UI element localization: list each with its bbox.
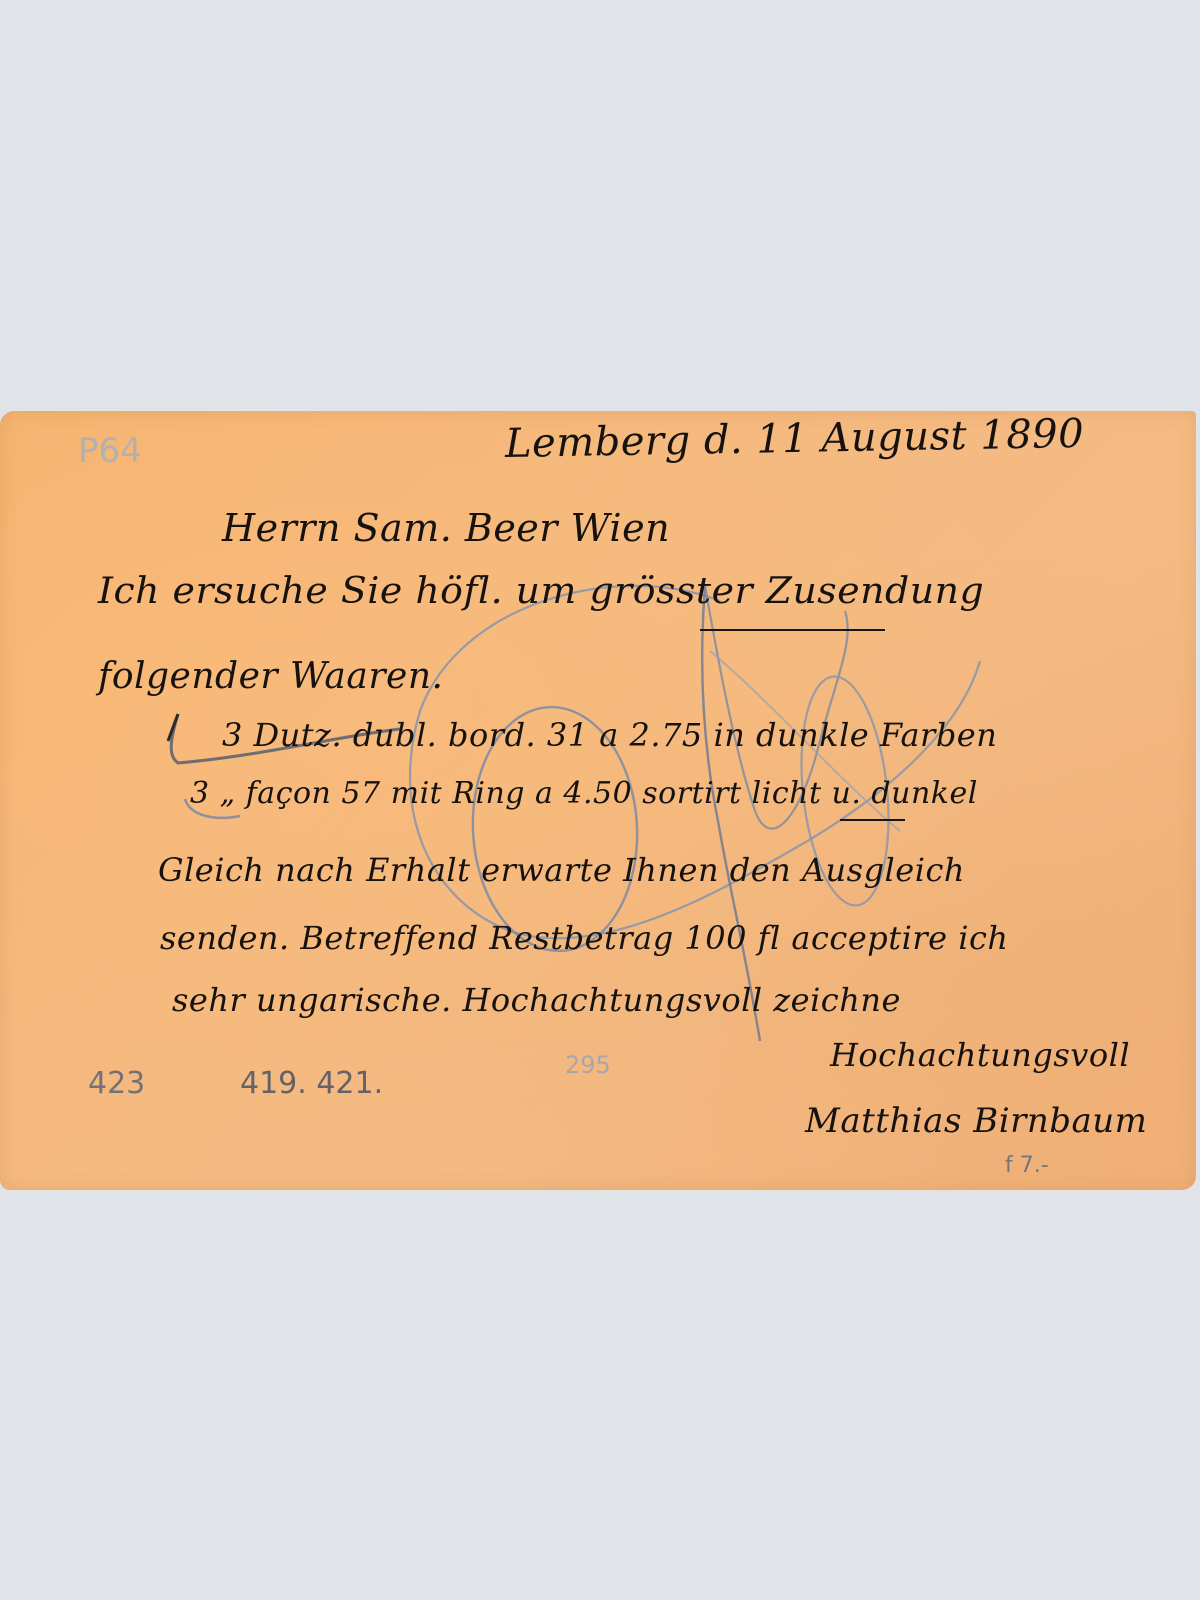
body-line-3: 3 Dutz. dubl. bord. 31 a 2.75 in dunkle …	[222, 716, 997, 754]
body-line-6: senden. Betreffend Restbetrag 100 fl acc…	[160, 919, 1009, 957]
closing-line: Hochachtungsvoll	[830, 1036, 1130, 1074]
underline-mark	[840, 819, 905, 821]
body-line-2: folgender Waaren.	[98, 656, 444, 697]
pencil-number-423: 423	[88, 1066, 145, 1101]
signature: Matthias Birnbaum	[805, 1101, 1147, 1141]
body-line-7: sehr ungarische. Hochachtungsvoll zeichn…	[172, 981, 901, 1019]
pencil-price-note: f 7.-	[1005, 1153, 1049, 1178]
addressee-line: Herrn Sam. Beer Wien	[222, 506, 670, 550]
page: P64 Lemberg d. 11 August 1890 Herrn Sam.…	[0, 0, 1200, 1600]
body-line-4: 3 „ façon 57 mit Ring a 4.50 sortirt lic…	[190, 776, 978, 811]
body-line-1: Ich ersuche Sie höfl. um grösster Zusend…	[98, 571, 984, 612]
place-date-line: Lemberg d. 11 August 1890	[505, 411, 1085, 467]
pencil-number-295: 295	[565, 1051, 611, 1079]
postcard: P64 Lemberg d. 11 August 1890 Herrn Sam.…	[0, 411, 1196, 1190]
body-line-5: Gleich nach Erhalt erwarte Ihnen den Aus…	[158, 851, 965, 889]
pencil-number-419-421: 419. 421.	[240, 1066, 383, 1101]
underline-mark	[700, 629, 885, 631]
pencil-reference-number: P64	[78, 431, 142, 471]
